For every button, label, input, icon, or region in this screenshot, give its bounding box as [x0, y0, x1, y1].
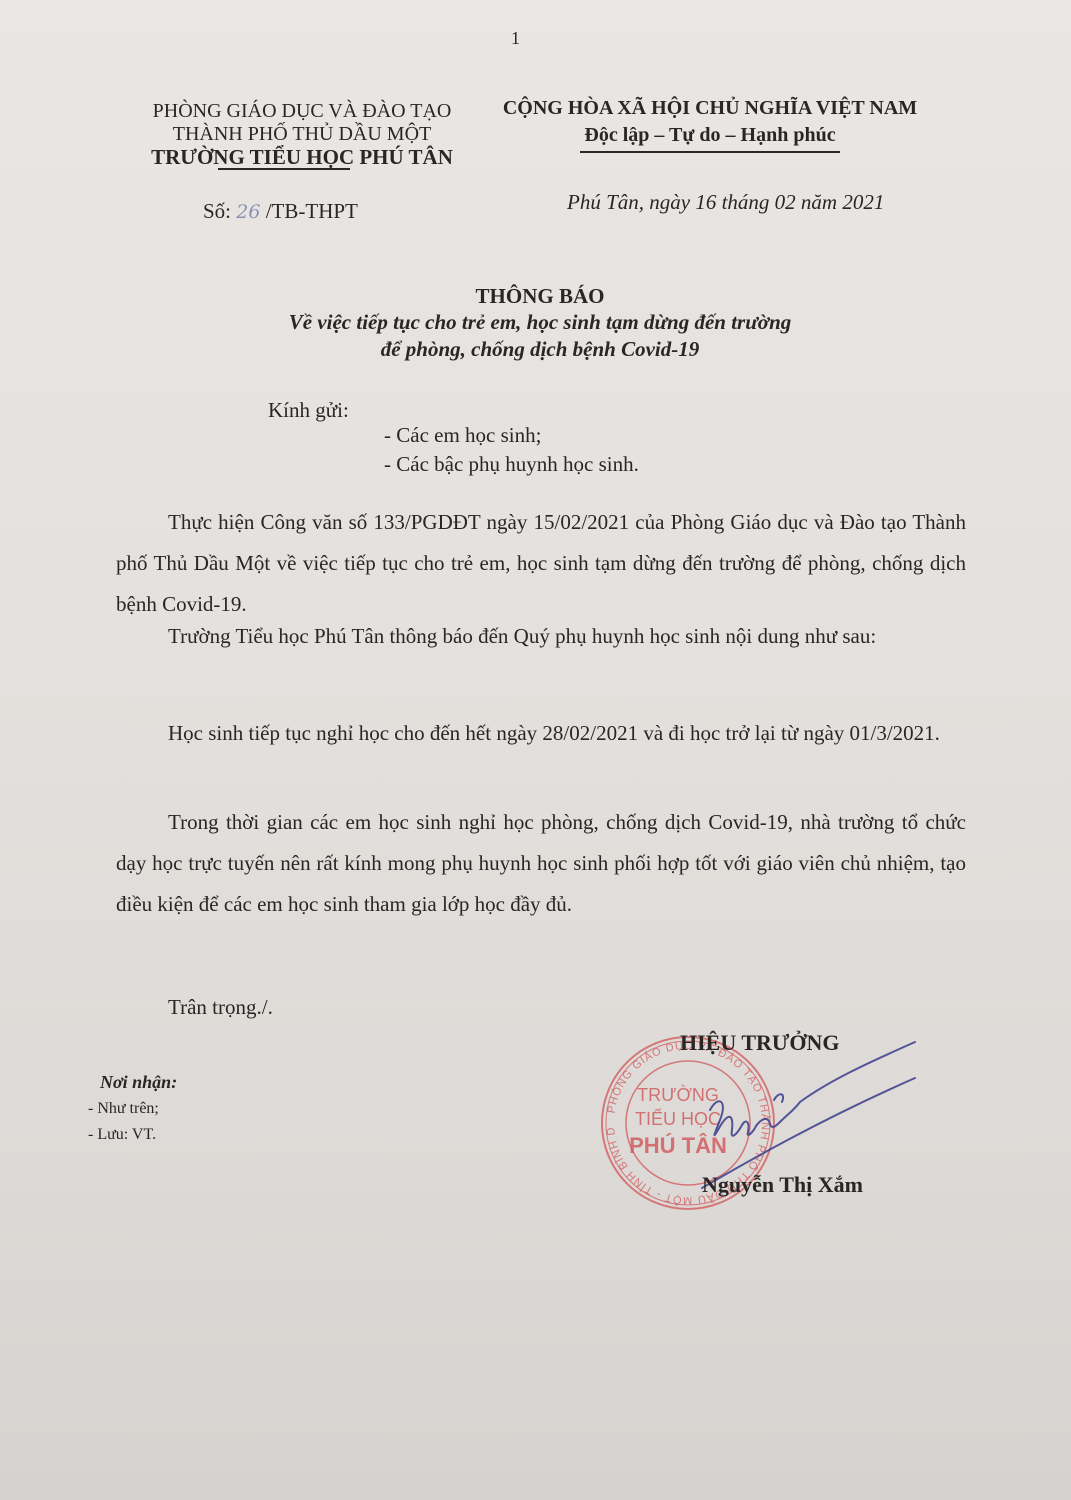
closing-phrase: Trân trọng./. — [168, 995, 273, 1020]
school-name: TRƯỜNG TIỂU HỌC PHÚ TÂN — [122, 146, 482, 169]
greeting-label: Kính gửi: — [268, 398, 349, 423]
body-paragraph: Trong thời gian các em học sinh nghỉ học… — [116, 802, 966, 925]
handwritten-number: 26 — [236, 201, 260, 223]
page-number: 1 — [511, 28, 520, 49]
recipient-item: - Các em học sinh; — [384, 423, 541, 448]
notice-title-block: THÔNG BÁO Về việc tiếp tục cho trẻ em, h… — [200, 283, 880, 363]
recipient-item: - Các bậc phụ huynh học sinh. — [384, 452, 639, 477]
notice-subtitle-line2: để phòng, chống dịch bệnh Covid-19 — [200, 336, 880, 363]
issuing-authority-header: PHÒNG GIÁO DỤC VÀ ĐÀO TẠO THÀNH PHỐ THỦ … — [122, 100, 482, 169]
body-paragraph: Thực hiện Công văn số 133/PGDĐT ngày 15/… — [116, 502, 966, 625]
reference-suffix: /TB-THPT — [266, 199, 358, 223]
national-header: CỘNG HÒA XÃ HỘI CHỦ NGHĨA VIỆT NAM Độc l… — [485, 95, 935, 153]
place-date: Phú Tân, ngày 16 tháng 02 năm 2021 — [567, 190, 884, 215]
notice-subtitle-line1: Về việc tiếp tục cho trẻ em, học sinh tạ… — [200, 309, 880, 336]
city-name: THÀNH PHỐ THỦ DẦU MỘT — [122, 123, 482, 146]
body-paragraph: Học sinh tiếp tục nghỉ học cho đến hết n… — [116, 713, 966, 754]
reference-number: Số: 26 /TB-THPT — [203, 199, 358, 224]
national-motto: Độc lập – Tự do – Hạnh phúc — [580, 122, 839, 153]
department-name: PHÒNG GIÁO DỤC VÀ ĐÀO TẠO — [122, 100, 482, 123]
body-paragraph: Trường Tiểu học Phú Tân thông báo đến Qu… — [116, 616, 966, 657]
recipients-block-title: Nơi nhận: — [100, 1072, 177, 1093]
notice-title: THÔNG BÁO — [200, 283, 880, 309]
country-name: CỘNG HÒA XÃ HỘI CHỦ NGHĨA VIỆT NAM — [485, 95, 935, 122]
recipients-block-item: - Lưu: VT. — [88, 1126, 156, 1144]
document-page: 1 PHÒNG GIÁO DỤC VÀ ĐÀO TẠO THÀNH PHỐ TH… — [0, 0, 1071, 1500]
signer-name: Nguyễn Thị Xắm — [702, 1172, 863, 1198]
school-name-underline — [218, 168, 350, 170]
reference-prefix: Số: — [203, 199, 231, 223]
recipients-block-item: - Như trên; — [88, 1100, 159, 1118]
